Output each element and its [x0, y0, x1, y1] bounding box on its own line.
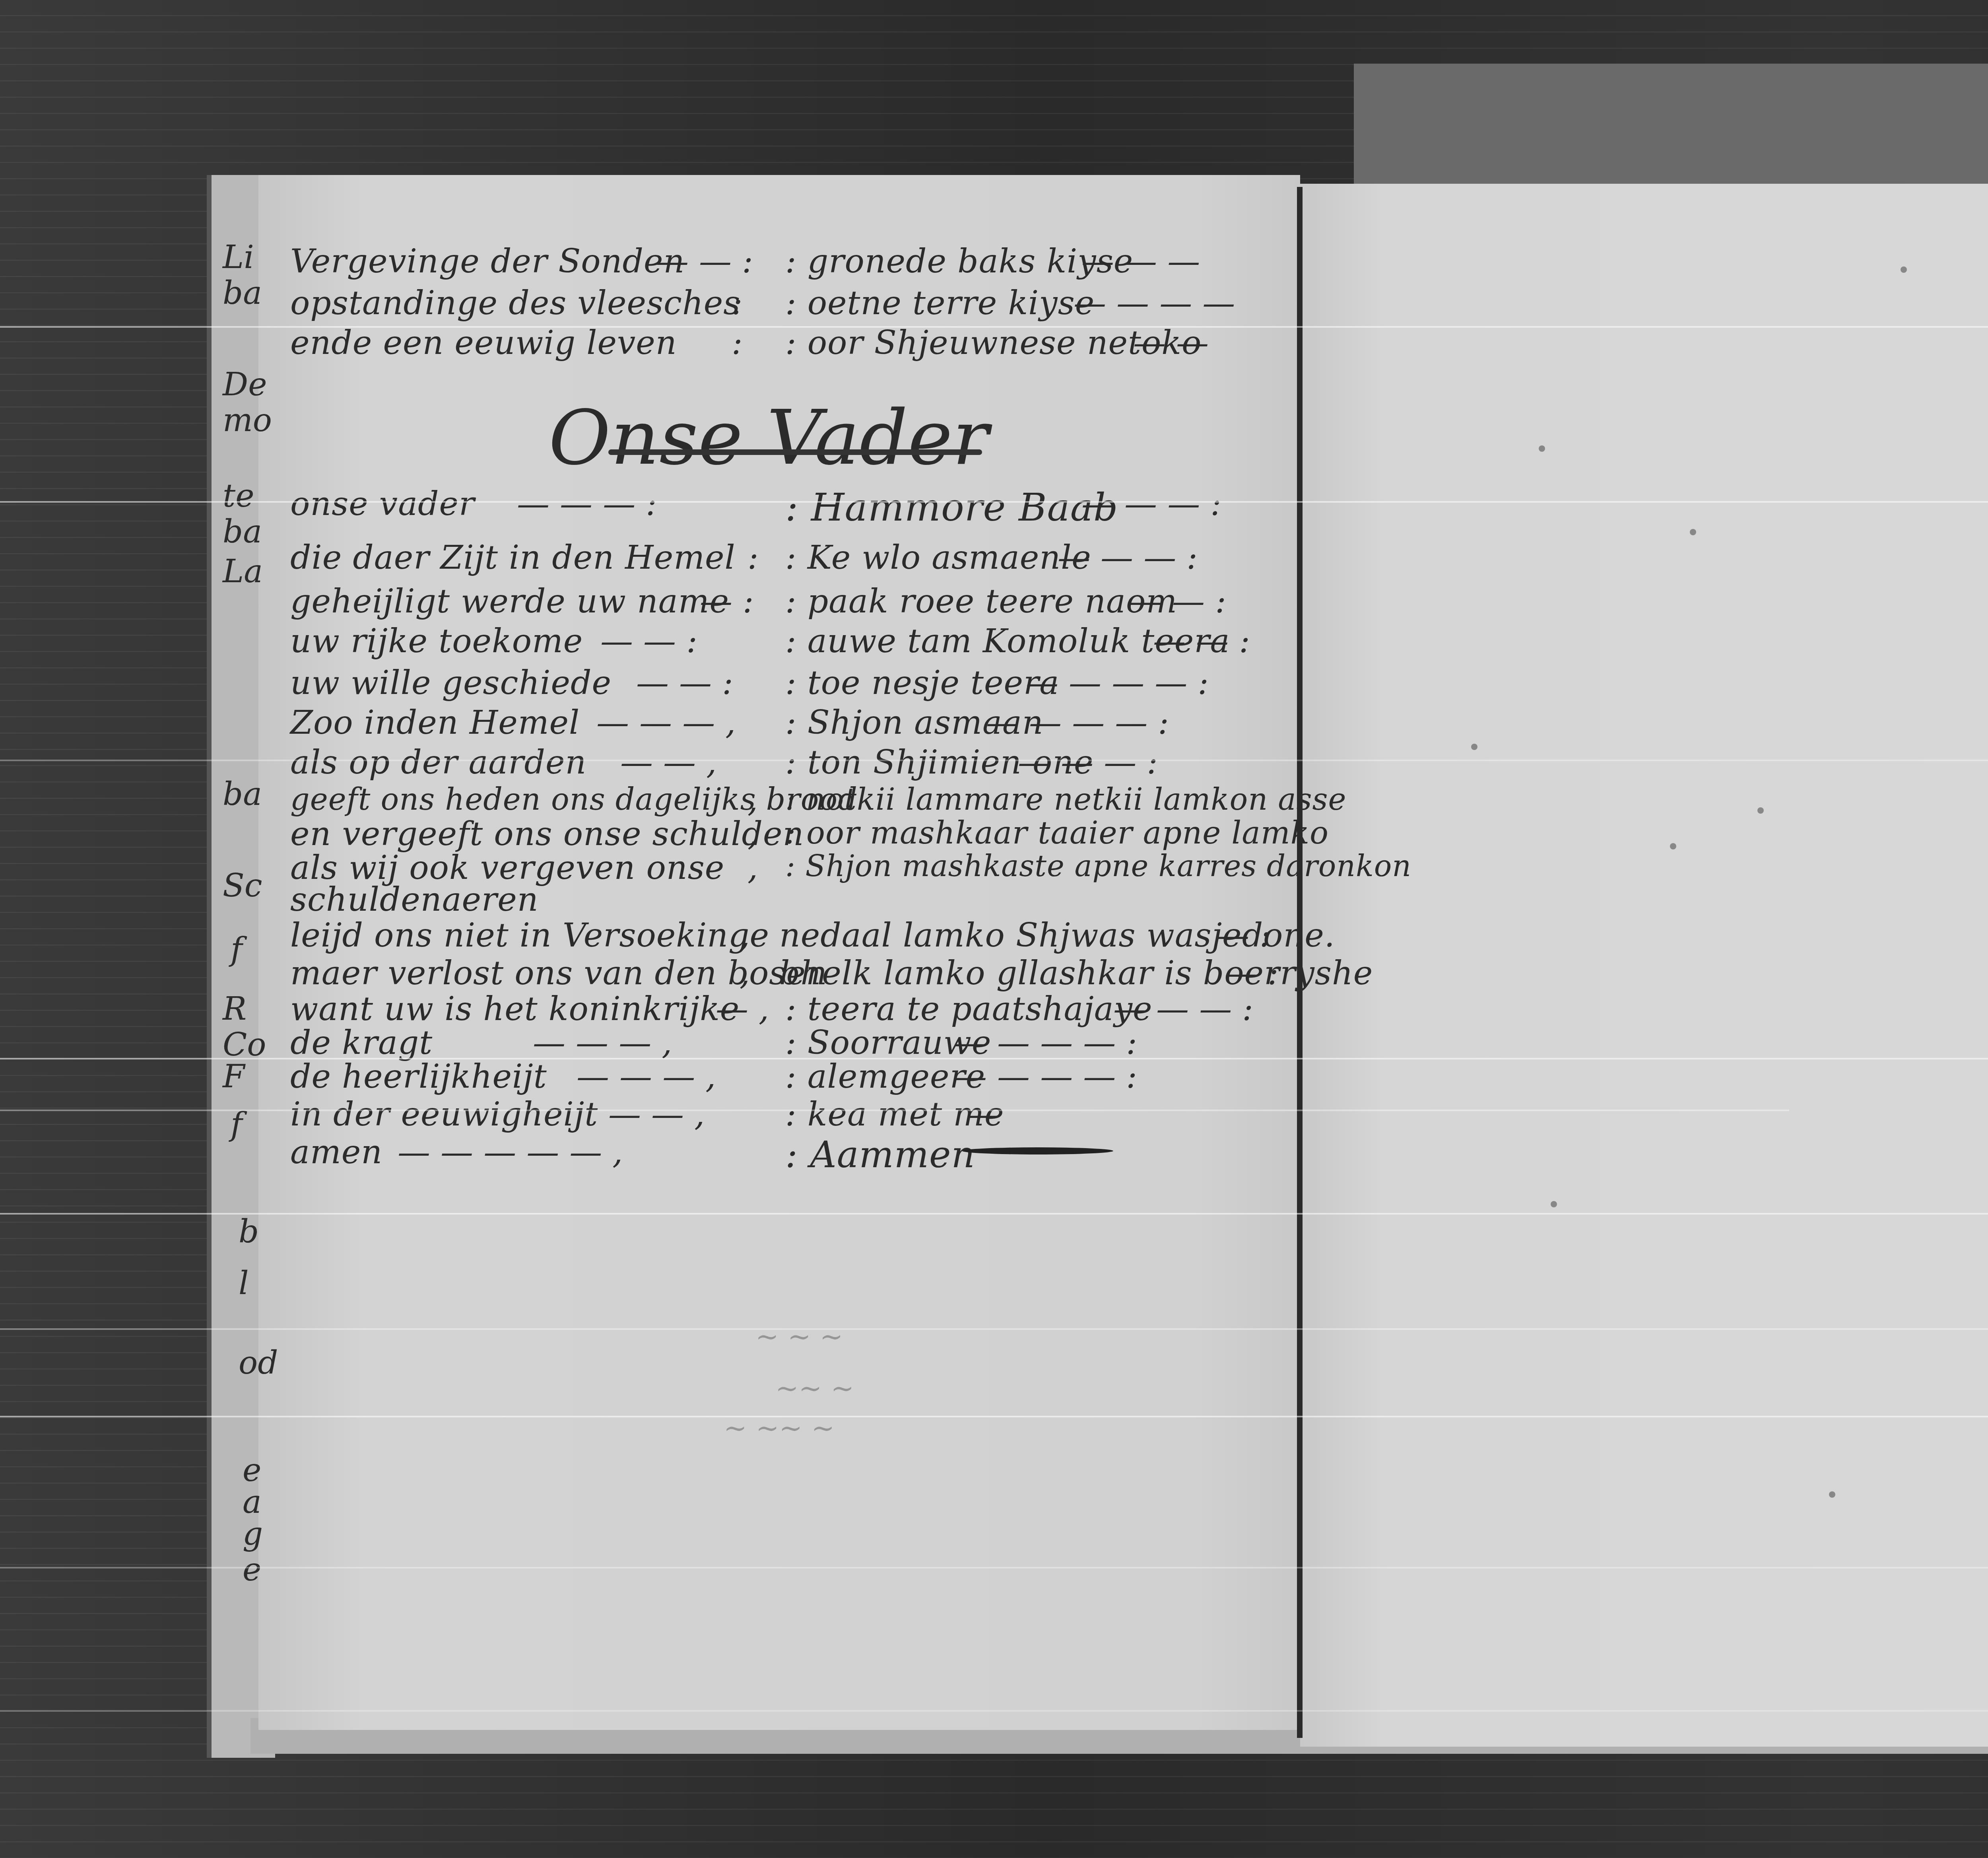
row-trail: — — [966, 1096, 999, 1133]
row-separator: — — : — [600, 622, 697, 660]
row-dutch-text: geeft ons heden ons dagelijks brood — [290, 781, 858, 817]
row-translation-text: : Hammore Baab — [785, 485, 1118, 530]
margin-fragment: De — [223, 366, 267, 403]
margin-fragment: te — [223, 477, 254, 514]
row-separator: , — [740, 954, 750, 992]
row-separator: — , — [716, 990, 769, 1028]
row-dutch-text: want uw is het koninkrijke — [290, 990, 740, 1028]
row-translation-text: : teera te paatshajaye — [785, 990, 1153, 1028]
row-trail: — — — — — [1074, 284, 1235, 322]
margin-fragment: l — [239, 1265, 249, 1302]
row-separator: : — [747, 539, 759, 577]
row-translation-text: : Aammen — [785, 1133, 975, 1176]
row-separator: : — [732, 284, 743, 322]
row-separator: — : — [700, 583, 754, 620]
row-dutch-text: amen — [290, 1133, 382, 1171]
margin-fragment: ba — [223, 513, 262, 550]
margin-fragment: e — [243, 1551, 261, 1588]
row-separator: — — — , — [596, 704, 736, 742]
row-separator: — — : — [656, 243, 753, 280]
margin-fragment: R — [223, 990, 247, 1027]
row-separator: — — : — [636, 664, 733, 702]
row-dutch-text: onse vader — [290, 485, 475, 523]
row-separator: — — — — — , — [398, 1133, 623, 1171]
row-translation-text: : oor mashkaar taaier apne lamko — [785, 815, 1329, 851]
row-separator: — — — : — [517, 485, 657, 523]
margin-fragment: od — [239, 1344, 278, 1381]
margin-fragment: b — [239, 1213, 259, 1250]
row-translation-text: : Shjon mashkaste apne karres daronkon — [785, 849, 1411, 883]
row-trail: — — — : — [1018, 744, 1158, 781]
margin-fragment: F — [223, 1058, 245, 1095]
row-trail: — — — — : — [986, 704, 1169, 742]
row-dutch-text: leijd ons niet in Versoekinge — [290, 917, 769, 954]
row-trail: — — — : — [1058, 539, 1198, 577]
row-separator: : — [732, 324, 743, 362]
row-trail: — — — — : — [954, 1058, 1137, 1096]
row-translation-text: : toe nesje teera — [785, 664, 1059, 702]
row-dutch-text: Vergevinge der Sonden — [290, 243, 685, 280]
row-translation-text: bhelk lamko gllashkar is boerryshe — [779, 954, 1373, 992]
row-trail: — — — — : — [954, 1024, 1137, 1062]
row-translation-text: : notkii lammare netkii lamkon asse — [785, 781, 1347, 817]
section-heading: Onse Vader — [549, 394, 988, 482]
row-dutch-text: geheijligt werde uw name — [290, 583, 729, 620]
row-trail: — — — [1133, 324, 1209, 362]
row-dutch-text: schuldenaeren — [290, 881, 539, 919]
row-trail: — : — [1225, 954, 1279, 992]
row-separator: , — [740, 917, 750, 954]
row-trail: — — — : — [1113, 990, 1253, 1028]
row-separator: — — — , — [577, 1058, 716, 1096]
row-translation-text: : gronede baks kiyse — [785, 243, 1133, 280]
row-dutch-text: die daer Zijt in den Hemel — [290, 539, 736, 577]
row-trail: — : — [1217, 917, 1271, 954]
row-separator: , — [747, 815, 758, 853]
margin-fragment: La — [223, 553, 263, 590]
backing-board — [1354, 64, 1988, 191]
row-dutch-text: ende een eeuwig leven — [290, 324, 677, 362]
row-dutch-text: Zoo inden Hemel — [290, 704, 580, 742]
row-separator: — — , — [608, 1096, 705, 1133]
row-separator: , — [747, 849, 758, 887]
row-translation-text: : oetne terre kiyse — [785, 284, 1095, 322]
right-page-blank — [1300, 184, 1988, 1747]
margin-fragment: Sc — [223, 867, 262, 904]
row-dutch-text: uw wille geschiede — [290, 664, 612, 702]
row-dutch-text: als op der aarden — [290, 744, 586, 781]
row-dutch-text: en vergeeft ons onse schulden — [290, 815, 804, 853]
row-separator: — — — , — [533, 1024, 672, 1062]
margin-fragment: ba — [223, 274, 262, 311]
margin-fragment: Li — [223, 239, 254, 276]
row-dutch-text: opstandinge des vleesches — [290, 284, 740, 322]
heading-underline — [608, 449, 982, 455]
row-separator: , — [747, 781, 758, 819]
margin-fragment: g — [243, 1515, 263, 1552]
row-dutch-text: uw rijke toekome — [290, 622, 583, 660]
row-dutch-text: in der eeuwigheijt — [290, 1096, 598, 1133]
row-trail: — — — : — [1081, 485, 1221, 523]
row-dutch-text: de heerlijkheijt — [290, 1058, 547, 1096]
row-translation-text: : paak roee teere naom — [785, 583, 1177, 620]
margin-fragment: f — [231, 931, 243, 968]
row-trail: — — : — [1153, 622, 1250, 660]
margin-fragment: mo — [223, 402, 272, 439]
row-trail: — — — — : — [1026, 664, 1209, 702]
row-separator: — — , — [620, 744, 716, 781]
row-trail: — — — — [1081, 243, 1200, 280]
row-translation-text: : Ke wlo asmaenle — [785, 539, 1091, 577]
margin-fragment: ba — [223, 775, 262, 812]
row-trail: — — : — [1129, 583, 1226, 620]
row-dutch-text: de kragt — [290, 1024, 433, 1062]
closing-flourish — [962, 1147, 1113, 1154]
